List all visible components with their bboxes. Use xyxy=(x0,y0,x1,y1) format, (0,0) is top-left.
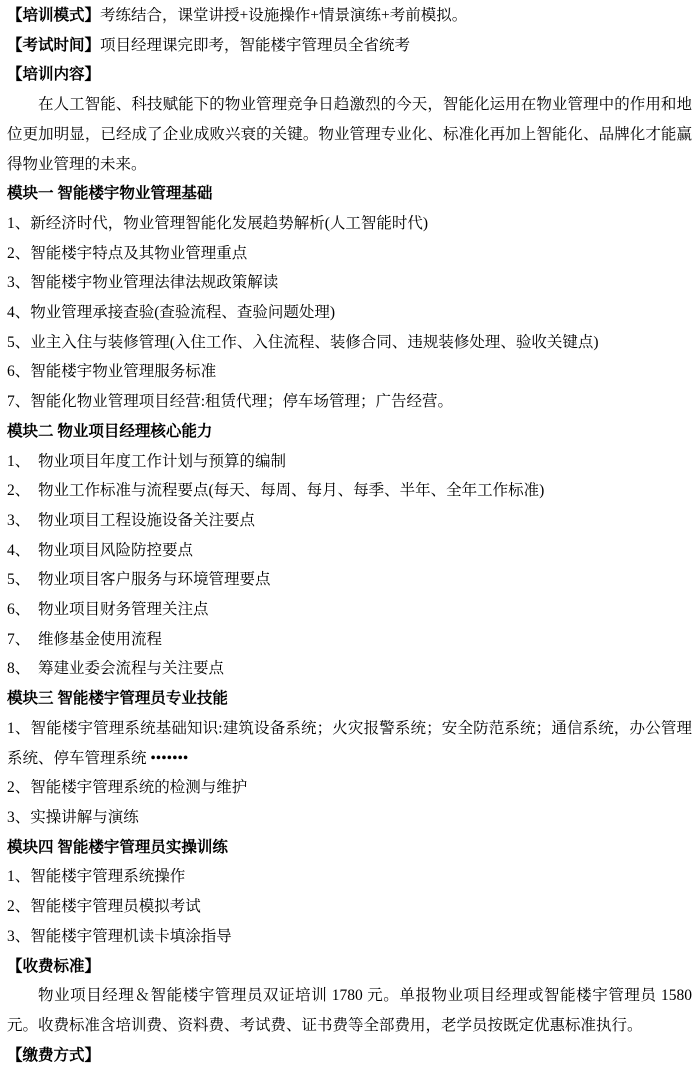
training-content-heading: 【培训内容】 xyxy=(7,60,692,90)
module1-item-3: 3、智能楼宇物业管理法律法规政策解读 xyxy=(7,268,692,298)
module2-item-6: 6、 物业项目财务管理关注点 xyxy=(7,595,692,625)
module2-item-4: 4、 物业项目风险防控要点 xyxy=(7,536,692,566)
module4-heading: 模块四 智能楼宇管理员实操训练 xyxy=(7,833,692,863)
module4-item-3: 3、智能楼宇管理机读卡填涂指导 xyxy=(7,922,692,952)
module1-item-5: 5、业主入住与装修管理(入住工作、入住流程、装修合同、违规装修处理、验收关键点) xyxy=(7,328,692,358)
fee-paragraph: 物业项目经理＆智能楼宇管理员双证培训 1780 元。单报物业项目经理或智能楼宇管… xyxy=(7,981,692,1040)
module1-item-7: 7、智能化物业管理项目经营:租赁代理；停车场管理；广告经营。 xyxy=(7,387,692,417)
exam-time-text: 项目经理课完即考，智能楼宇管理员全省统考 xyxy=(100,37,410,54)
module1-item-6: 6、智能楼宇物业管理服务标准 xyxy=(7,357,692,387)
module4-item-2: 2、智能楼宇管理员模拟考试 xyxy=(7,892,692,922)
exam-time-line: 【考试时间】项目经理课完即考，智能楼宇管理员全省统考 xyxy=(7,31,692,61)
intro-paragraph: 在人工智能、科技赋能下的物业管理竞争日趋激烈的今天，智能化运用在物业管理中的作用… xyxy=(7,90,692,179)
module1-item-1: 1、新经济时代，物业管理智能化发展趋势解析(人工智能时代) xyxy=(7,209,692,239)
module3-item-3: 3、实操讲解与演练 xyxy=(7,803,692,833)
training-mode-label: 【培训模式】 xyxy=(7,7,100,24)
module1-item-2: 2、智能楼宇特点及其物业管理重点 xyxy=(7,239,692,269)
module3-item-1: 1、智能楼宇管理系统基础知识:建筑设备系统；火灾报警系统；安全防范系统；通信系统… xyxy=(7,714,692,773)
module1-item-4: 4、物业管理承接查验(查验流程、查验问题处理) xyxy=(7,298,692,328)
module3-item-2: 2、智能楼宇管理系统的检测与维护 xyxy=(7,773,692,803)
module2-item-8: 8、 筹建业委会流程与关注要点 xyxy=(7,654,692,684)
document-page: 【培训模式】考练结合，课堂讲授+设施操作+情景演练+考前模拟。 【考试时间】项目… xyxy=(0,0,700,1068)
exam-time-label: 【考试时间】 xyxy=(7,37,100,54)
training-mode-line: 【培训模式】考练结合，课堂讲授+设施操作+情景演练+考前模拟。 xyxy=(7,1,692,31)
module4-item-1: 1、智能楼宇管理系统操作 xyxy=(7,862,692,892)
module2-item-2: 2、 物业工作标准与流程要点(每天、每周、每月、每季、半年、全年工作标准) xyxy=(7,476,692,506)
module2-heading: 模块二 物业项目经理核心能力 xyxy=(7,417,692,447)
module1-heading: 模块一 智能楼宇物业管理基础 xyxy=(7,179,692,209)
module3-heading: 模块三 智能楼宇管理员专业技能 xyxy=(7,684,692,714)
fee-heading: 【收费标准】 xyxy=(7,952,692,982)
module2-item-5: 5、 物业项目客户服务与环境管理要点 xyxy=(7,565,692,595)
module2-item-1: 1、 物业项目年度工作计划与预算的编制 xyxy=(7,447,692,477)
payment-heading: 【缴费方式】 xyxy=(7,1041,692,1068)
module2-item-3: 3、 物业项目工程设施设备关注要点 xyxy=(7,506,692,536)
module2-item-7: 7、 维修基金使用流程 xyxy=(7,625,692,655)
training-mode-text: 考练结合，课堂讲授+设施操作+情景演练+考前模拟。 xyxy=(100,7,467,24)
